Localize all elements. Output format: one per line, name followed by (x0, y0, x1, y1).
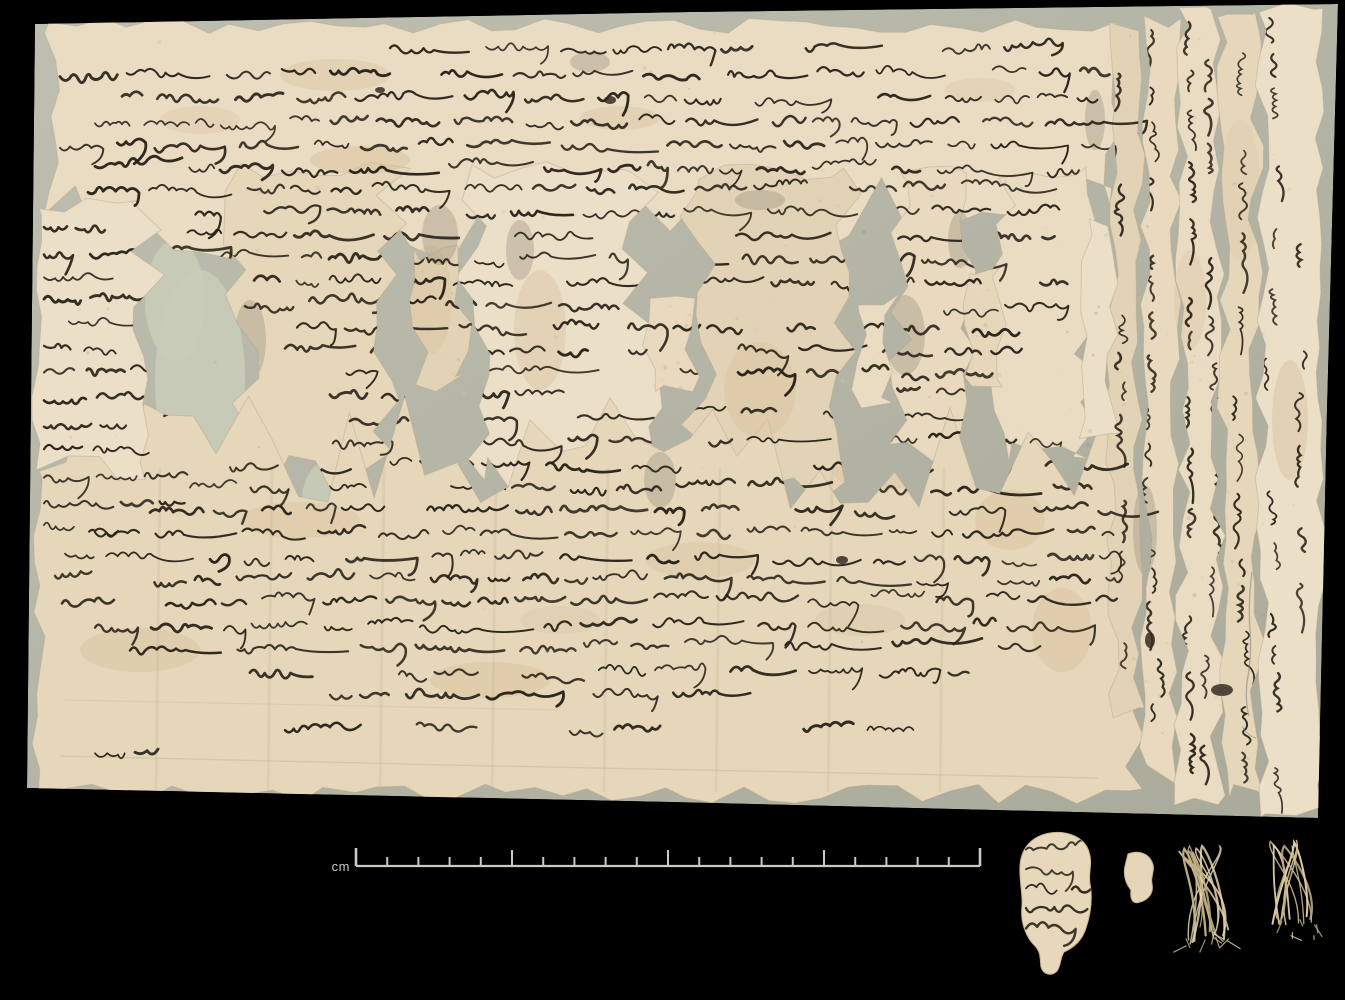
fiber-bundle-right (1270, 840, 1322, 941)
scene-svg: cm (0, 0, 1345, 1000)
detached-specimens (1020, 832, 1322, 974)
inscribed-fragment-large (1020, 832, 1091, 974)
manuscript-document (27, 3, 1338, 818)
photo-stage: cm (0, 0, 1345, 1000)
scale-unit-label: cm (332, 859, 350, 874)
inscribed-fragment-small (1124, 852, 1153, 902)
fiber-bundle-left (1173, 846, 1240, 953)
scale-bar: cm (332, 848, 980, 874)
ruler-ticks (356, 848, 980, 866)
